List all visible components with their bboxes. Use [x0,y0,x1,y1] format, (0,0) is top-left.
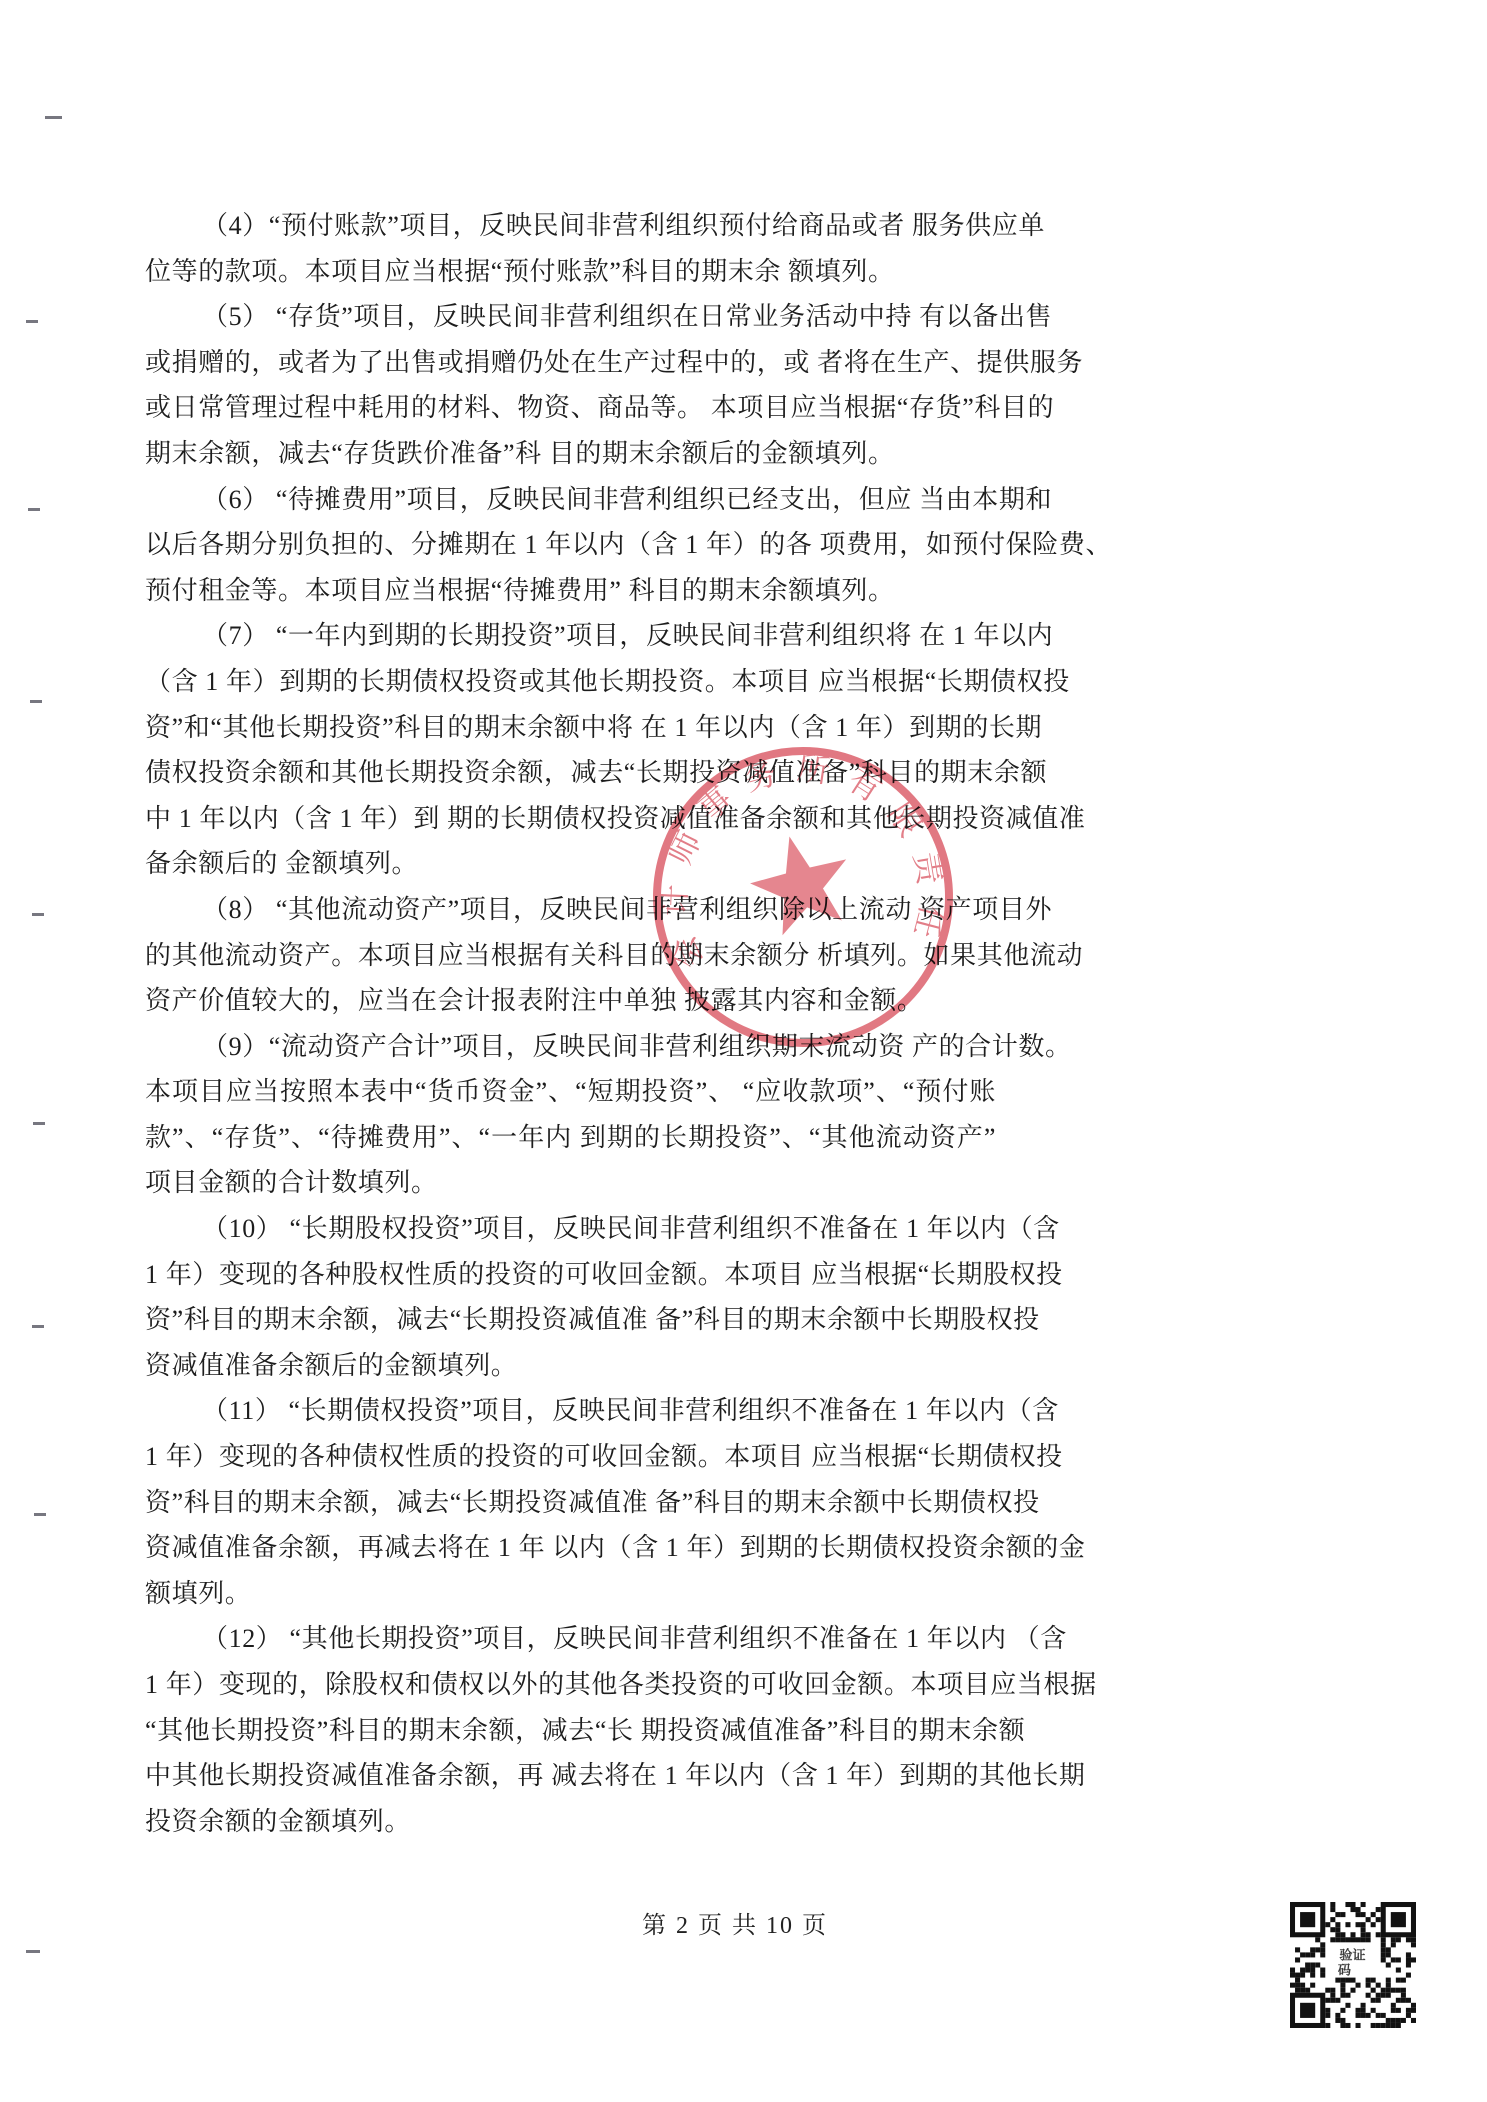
page-footer: 第 2 页 共 10 页 [642,1905,828,1940]
text-line: 中其他长期投资减值准备余额，再 减去将在 1 年以内（含 1 年）到期的其他长期 [145,1753,996,1799]
scan-artifact-dash [32,1325,44,1328]
text-line: 预付租金等。本项目应当根据“待摊费用” 科目的期末余额填列。 [145,568,996,614]
text-line: 款”、“存货”、“待摊费用”、“一年内 到期的长期投资”、“其他流动资产” [145,1115,996,1161]
text-line: （12） “其他长期投资”项目，反映民间非营利组织不准备在 1 年以内 （含 [145,1616,996,1662]
text-line: 本项目应当按照本表中“货币资金”、“短期投资”、 “应收款项”、“预付账 [145,1069,996,1115]
scan-artifact-dash [34,1513,46,1516]
scan-artifact-dash [45,116,62,119]
scan-artifact-dash [26,320,38,323]
text-line: 投资余额的金额填列。 [145,1799,996,1845]
text-line: （6） “待摊费用”项目，反映民间非营利组织已经支出，但应 当由本期和 [145,477,996,523]
text-line: 期末余额，减去“存货跌价准备”科 目的期末余额后的金额填列。 [145,431,996,477]
qr-center-label: 码 [1338,1963,1352,1978]
text-line: 资减值准备余额后的金额填列。 [145,1343,996,1389]
text-line: （含 1 年）到期的长期债权投资或其他长期投资。本项目 应当根据“长期债权投 [145,659,996,705]
document-page: （4）“预付账款”项目，反映民间非营利组织预付给商品或者 服务供应单位等的款项。… [0,0,1487,2102]
text-line: （8） “其他流动资产”项目，反映民间非营利组织除以上流动 资产项目外 [145,887,996,933]
document-lines: （4）“预付账款”项目，反映民间非营利组织预付给商品或者 服务供应单位等的款项。… [145,203,996,1844]
text-line: 的其他流动资产。本项目应当根据有关科目的期末余额分 析填列。如果其他流动 [145,933,996,979]
text-line: 或捐赠的，或者为了出售或捐赠仍处在生产过程中的，或 者将在生产、提供服务 [145,340,996,386]
text-line: 资减值准备余额，再减去将在 1 年 以内（含 1 年）到期的长期债权投资余额的金 [145,1525,996,1571]
text-line: （9）“流动资产合计”项目，反映民间非营利组织期末流动资 产的合计数。 [145,1024,996,1070]
text-line: （11） “长期债权投资”项目，反映民间非营利组织不准备在 1 年以内（含 [145,1388,996,1434]
text-line: 额填列。 [145,1571,996,1617]
text-line: （4）“预付账款”项目，反映民间非营利组织预付给商品或者 服务供应单 [145,203,996,249]
text-line: 资”和“其他长期投资”科目的期末余额中将 在 1 年以内（含 1 年）到期的长期 [145,705,996,751]
text-line: 位等的款项。本项目应当根据“预付账款”科目的期末余 额填列。 [145,249,996,295]
text-line: 资产价值较大的，应当在会计报表附注中单独 披露其内容和金额。 [145,978,996,1024]
text-line: 以后各期分别负担的、分摊期在 1 年以内（含 1 年）的各 项费用，如预付保险费… [145,522,996,568]
text-line: 1 年）变现的各种债权性质的投资的可收回金额。本项目 应当根据“长期债权投 [145,1434,996,1480]
text-line: 项目金额的合计数填列。 [145,1160,996,1206]
qr-center-label: 验证 [1339,1946,1365,1962]
text-line: 资”科目的期末余额，减去“长期投资减值准 备”科目的期末余额中长期股权投 [145,1297,996,1343]
text-line: 1 年）变现的，除股权和债权以外的其他各类投资的可收回金额。本项目应当根据 [145,1662,996,1708]
text-line: “其他长期投资”科目的期末余额，减去“长 期投资减值准备”科目的期末余额 [145,1708,996,1754]
text-line: （5） “存货”项目，反映民间非营利组织在日常业务活动中持 有以备出售 [145,294,996,340]
text-line: 中 1 年以内（含 1 年）到 期的长期债权投资减值准备余额和其他长期投资减值准 [145,796,996,842]
text-line: 备余额后的 金额填列。 [145,841,996,887]
scan-artifact-dash [32,913,44,916]
qr-code: 验证 码 [1290,1902,1416,2028]
text-line: 债权投资余额和其他长期投资余额，减去“长期投资减值准备”科目的期末余额 [145,750,996,796]
text-line: 或日常管理过程中耗用的材料、物资、商品等。 本项目应当根据“存货”科目的 [145,385,996,431]
text-line: （10） “长期股权投资”项目，反映民间非营利组织不准备在 1 年以内（含 [145,1206,996,1252]
scan-artifact-dash [28,508,40,511]
scan-artifact-dash [26,1950,40,1953]
text-line: 1 年）变现的各种股权性质的投资的可收回金额。本项目 应当根据“长期股权投 [145,1252,996,1298]
scan-artifact-dash [30,700,42,703]
scan-artifact-dash [33,1122,45,1125]
text-line: 资”科目的期末余额，减去“长期投资减值准 备”科目的期末余额中长期债权投 [145,1480,996,1526]
text-line: （7） “一年内到期的长期投资”项目，反映民间非营利组织将 在 1 年以内 [145,613,996,659]
